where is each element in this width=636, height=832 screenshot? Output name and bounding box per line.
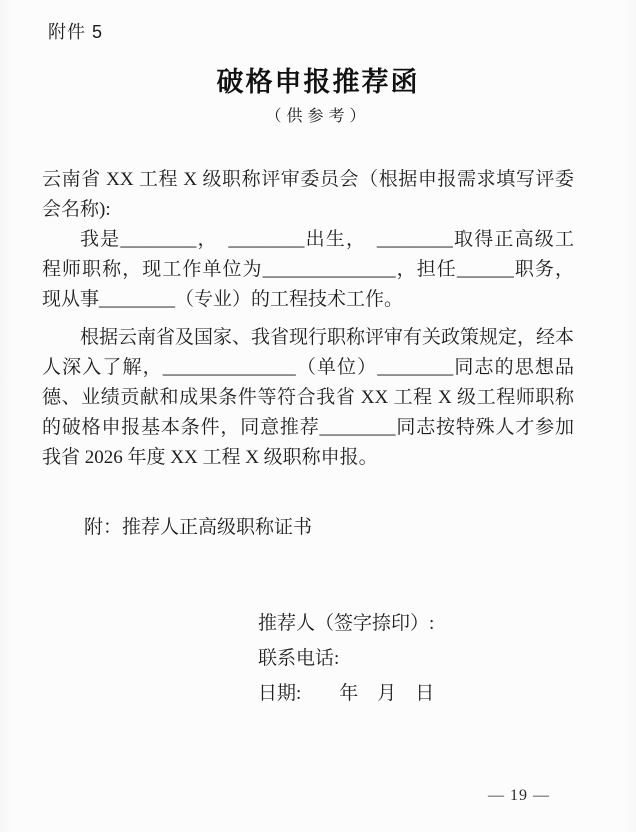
main-paragraph-line-5: 我省 2026 年度 XX 工程 X 级职称申报。 — [42, 443, 574, 473]
document-subtitle: （供参考） — [0, 103, 636, 126]
page-number: — 19 — — [488, 787, 550, 805]
recommender-signature-label: 推荐人（签字捺印）: — [258, 606, 434, 641]
document-body: 云南省 XX 工程 X 级职称评审委员会（根据申报需求填写评委 会名称): 我是… — [42, 165, 574, 473]
attachment-label: 附件 5 — [48, 18, 103, 44]
main-paragraph-line-2: 人深入了解，______________（单位）________同志的思想品 — [42, 353, 574, 383]
date-label: 日期: 年 月 日 — [258, 676, 434, 711]
intro-paragraph-line-1: 我是________， ________出生， ________取得正高级工 — [42, 225, 574, 255]
intro-paragraph-line-2: 程师职称，现工作单位为______________，担任______职务， — [42, 255, 574, 285]
main-paragraph-line-4: 的破格申报基本条件，同意推荐________同志按特殊人才参加 — [42, 413, 574, 443]
signature-block: 推荐人（签字捺印）: 联系电话: 日期: 年 月 日 — [258, 606, 434, 711]
contact-phone-label: 联系电话: — [258, 641, 434, 676]
intro-paragraph-line-3: 现从事________（专业）的工程技术工作。 — [42, 285, 574, 315]
salutation-line-1: 云南省 XX 工程 X 级职称评审委员会（根据申报需求填写评委 — [42, 165, 574, 195]
document-page: 附件 5 破格申报推荐函 （供参考） 云南省 XX 工程 X 级职称评审委员会（… — [0, 0, 636, 832]
salutation-line-2: 会名称): — [42, 195, 574, 225]
document-title: 破格申报推荐函 — [0, 60, 636, 99]
main-paragraph-line-3: 德、业绩贡献和成果条件等符合我省 XX 工程 X 级工程师职称 — [42, 383, 574, 413]
attachment-note: 附：推荐人正高级职称证书 — [84, 512, 312, 539]
main-paragraph-line-1: 根据云南省及国家、我省现行职称评审有关政策规定，经本 — [42, 323, 574, 353]
